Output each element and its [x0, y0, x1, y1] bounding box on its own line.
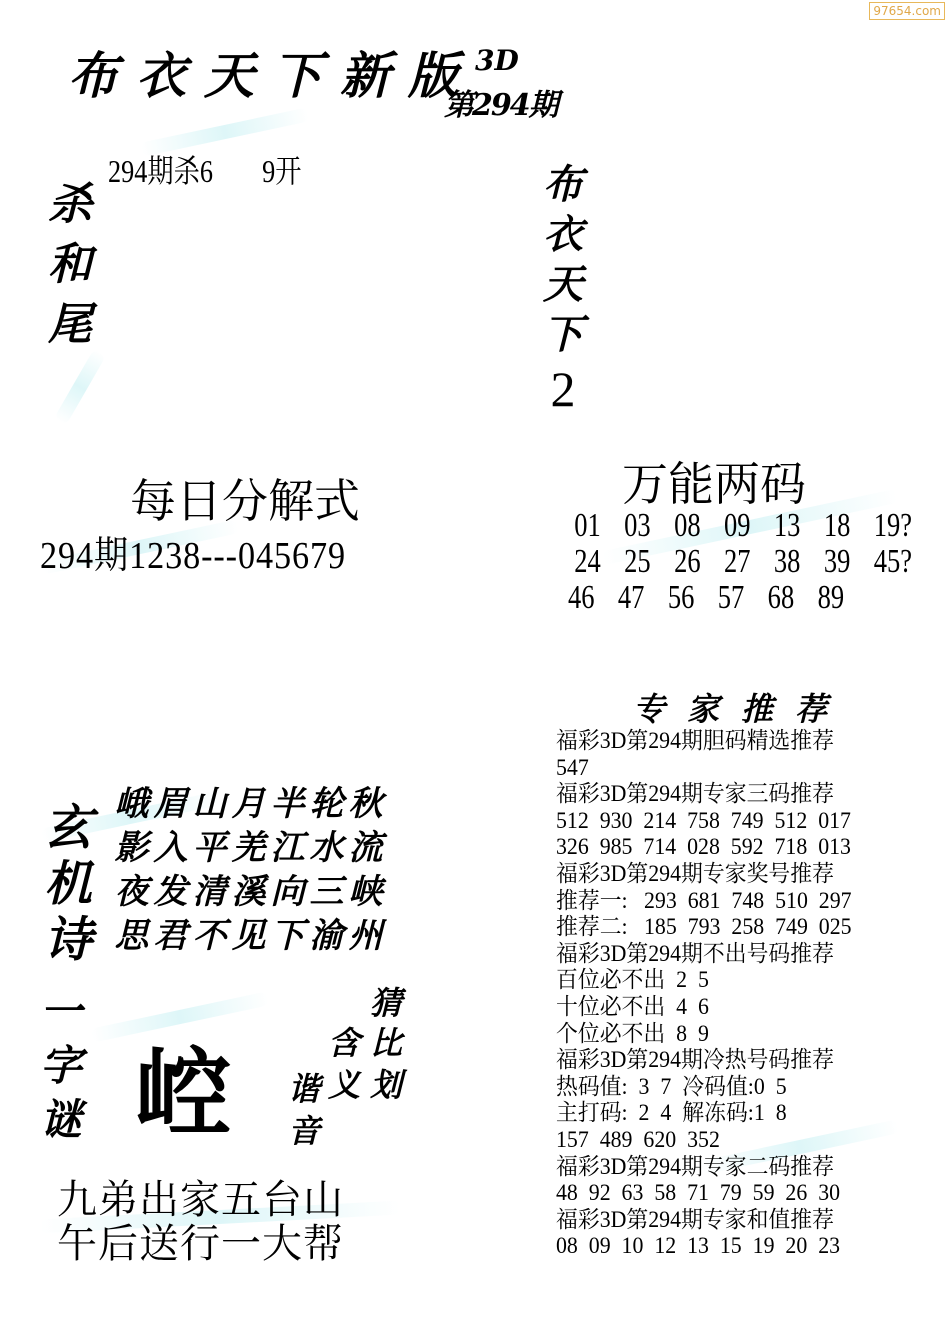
wanneng-row: 46 47 56 57 68 89: [568, 580, 924, 616]
wanneng-title: 万能两码: [622, 448, 806, 514]
expert-line: 主打码: 2 4 解冻码:1 8: [556, 1100, 852, 1127]
vertical-char: 布: [543, 160, 583, 210]
code: 01: [574, 508, 624, 544]
vertical-char: 衣: [543, 210, 583, 260]
poem-char: 月: [229, 782, 268, 826]
expert-line: 48 92 63 58 71 79 59 26 30: [556, 1180, 852, 1207]
wanneng-row: 01 03 08 09 13 18 19?: [568, 508, 924, 544]
expert-line: 326 985 714 028 592 718 013: [556, 834, 852, 861]
code: 38: [774, 544, 824, 580]
poem-char: 渝: [307, 914, 346, 958]
vertical-char: 诗: [44, 912, 92, 968]
poem-line: 夜发清溪向三峡: [112, 870, 385, 914]
vertical-char: 机: [44, 856, 92, 912]
expert-line: 百位必不出 2 5: [556, 967, 852, 994]
poem-char: 不: [190, 914, 229, 958]
daily-decomposition-title: 每日分解式: [130, 465, 360, 531]
poem-char: 三: [307, 870, 346, 914]
poem-char: 江: [268, 826, 307, 870]
poem-char: 轮: [307, 782, 346, 826]
open-number: 9开: [262, 153, 301, 189]
poem-char: 溪: [229, 870, 268, 914]
poem-char: 君: [151, 914, 190, 958]
expert-line: 512 930 214 758 749 512 017: [556, 808, 852, 835]
code: 26: [674, 544, 724, 580]
page-title: 布衣天下新版: [68, 36, 476, 108]
code: 25: [624, 544, 674, 580]
poem-char: 思: [112, 914, 151, 958]
code: 19?: [874, 508, 924, 544]
poem-char: 影: [112, 826, 151, 870]
riddle-label: 一 字 谜: [40, 985, 82, 1147]
expert-line: 547: [556, 755, 852, 782]
poem-char: 峨: [112, 782, 151, 826]
expert-line: 福彩3D第294期冷热号码推荐: [556, 1047, 852, 1074]
code: 89: [818, 580, 868, 616]
game-tag: 3D: [475, 44, 519, 77]
expert-line: 福彩3D第294期专家三码推荐: [556, 781, 852, 808]
hint-contain: 含: [328, 1018, 360, 1064]
vertical-char: 字: [40, 1039, 82, 1093]
poem-char: 流: [346, 826, 385, 870]
code: 47: [618, 580, 668, 616]
vertical-char: 和: [48, 235, 92, 295]
poem-line: 思君不见下渝州: [112, 914, 385, 958]
kill-line: 294期杀69开: [108, 146, 302, 192]
expert-line: 福彩3D第294期专家奖号推荐: [556, 861, 852, 888]
vertical-char: 谜: [40, 1093, 82, 1147]
code: 39: [824, 544, 874, 580]
code: 24: [574, 544, 624, 580]
vertical-char: 玄: [44, 800, 92, 856]
vertical-char: 一: [40, 985, 82, 1039]
right-vertical-label: 布 衣 天 下 2: [543, 160, 583, 418]
code: 09: [724, 508, 774, 544]
hint-homophone: 谐: [288, 1064, 320, 1110]
expert-line: 福彩3D第294期胆码精选推荐: [556, 728, 852, 755]
expert-line: 热码值: 3 7 冷码值:0 5: [556, 1074, 852, 1101]
poem-char: 入: [151, 826, 190, 870]
poem-line: 影入平羌江水流: [112, 826, 385, 870]
code: 27: [724, 544, 774, 580]
expert-list: 福彩3D第294期胆码精选推荐 547 福彩3D第294期专家三码推荐 512 …: [556, 728, 867, 1260]
code: 56: [668, 580, 718, 616]
poem-char: 见: [229, 914, 268, 958]
poem-char: 秋: [346, 782, 385, 826]
poem-char: 山: [190, 782, 229, 826]
expert-line: 推荐二: 185 793 258 749 025: [556, 914, 852, 941]
expert-line: 157 489 620 352: [556, 1127, 852, 1154]
hint-gesture: 划: [370, 1060, 402, 1106]
expert-line: 08 09 10 12 13 15 19 20 23: [556, 1233, 852, 1260]
mystic-poem: 峨眉山月半轮秋 影入平羌江水流 夜发清溪向三峡 思君不见下渝州: [112, 782, 385, 958]
poem-char: 下: [268, 914, 307, 958]
vertical-char: 杀: [48, 175, 92, 235]
expert-line: 个位必不出 8 9: [556, 1021, 852, 1048]
poem-char: 发: [151, 870, 190, 914]
code: 57: [718, 580, 768, 616]
poem-char: 向: [268, 870, 307, 914]
expert-line: 福彩3D第294期专家二码推荐: [556, 1154, 852, 1181]
code: 68: [768, 580, 818, 616]
riddle-verse: 九弟出家五台山 午后送行一大帮: [57, 1178, 344, 1266]
poem-char: 清: [190, 870, 229, 914]
code: 18: [824, 508, 874, 544]
verse-line: 九弟出家五台山: [57, 1178, 344, 1222]
poem-line: 峨眉山月半轮秋: [112, 782, 385, 826]
poem-char: 夜: [112, 870, 151, 914]
poem-char: 水: [307, 826, 346, 870]
poem-char: 峡: [346, 870, 385, 914]
poem-char: 眉: [151, 782, 190, 826]
wanneng-row: 24 25 26 27 38 39 45?: [568, 544, 924, 580]
riddle-character: 崆: [135, 1018, 231, 1155]
mystic-poem-label: 玄 机 诗: [44, 800, 92, 968]
verse-line: 午后送行一大帮: [57, 1222, 344, 1266]
expert-title: 专家推荐: [633, 684, 849, 730]
poem-char: 半: [268, 782, 307, 826]
poem-char: 平: [190, 826, 229, 870]
code: 03: [624, 508, 674, 544]
kill-number: 294期杀6: [108, 153, 213, 189]
daily-decomposition-line: 294期1238---045679: [40, 524, 346, 579]
expert-line: 十位必不出 4 6: [556, 994, 852, 1021]
vertical-char: 天: [543, 260, 583, 310]
hint-meaning: 义: [328, 1060, 360, 1106]
code: 08: [674, 508, 724, 544]
code: 46: [568, 580, 618, 616]
code: 13: [774, 508, 824, 544]
vertical-char: 尾: [48, 295, 92, 355]
vertical-number: 2: [551, 360, 576, 418]
wanneng-grid: 01 03 08 09 13 18 19? 24 25 26 27 38 39 …: [568, 508, 947, 616]
code: 45?: [874, 544, 924, 580]
expert-line: 推荐一: 293 681 748 510 297: [556, 888, 852, 915]
watermark-streak: [54, 349, 106, 425]
poem-char: 羌: [229, 826, 268, 870]
hint-sound: 音: [288, 1106, 320, 1152]
hint-compare: 比: [370, 1018, 402, 1064]
expert-line: 福彩3D第294期专家和值推荐: [556, 1207, 852, 1234]
expert-line: 福彩3D第294期不出号码推荐: [556, 941, 852, 968]
kill-sum-tail-label: 杀 和 尾: [48, 175, 92, 355]
site-badge[interactable]: 97654.com: [869, 2, 945, 20]
poem-char: 州: [346, 914, 385, 958]
vertical-char: 下: [543, 310, 583, 360]
issue-number: 第294期: [444, 80, 557, 124]
